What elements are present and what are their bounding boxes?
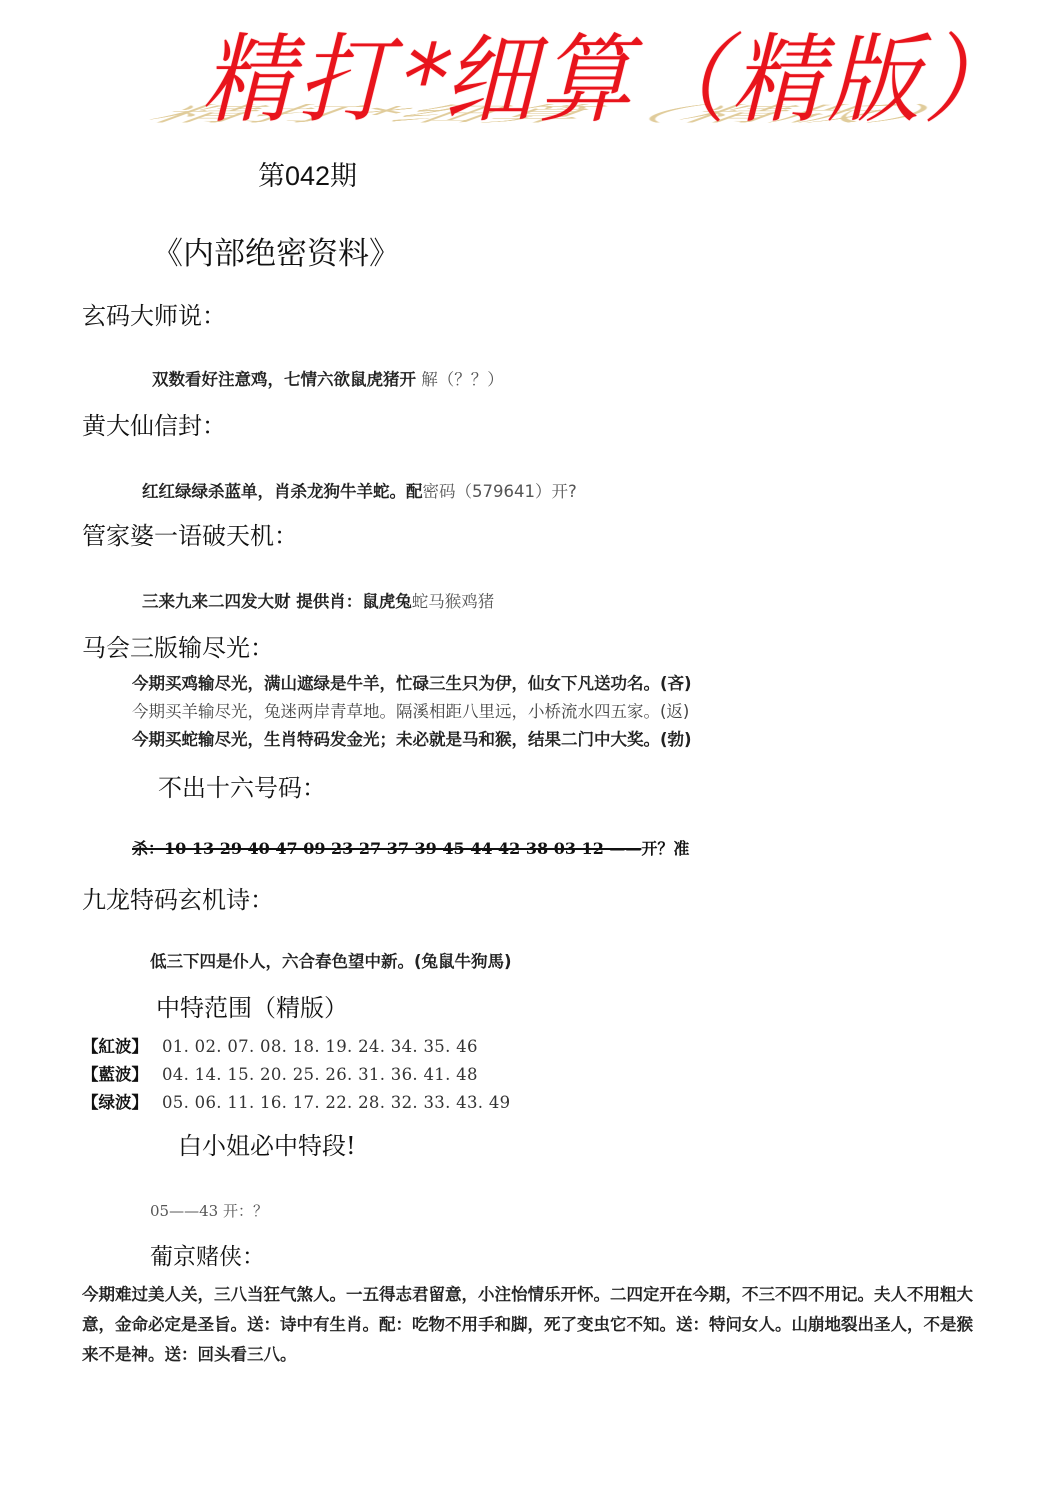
guanjiapo-line: 三来九来二四发大财 提供肖：鼠虎兔蛇马猴鸡猪 bbox=[142, 588, 494, 612]
mahui-line-2: 今期买羊输尽光，兔迷两岸青草地。隔溪相距八里远，小桥流水四五家。(返) bbox=[132, 698, 689, 722]
guanjiapo-text: 三来九来二四发大财 提供肖：鼠虎兔 bbox=[142, 592, 412, 611]
wave-numbers-blue: 04. 14. 15. 20. 25. 26. 31. 36. 41. 48 bbox=[162, 1065, 478, 1084]
guanjiapo-suffix: 蛇马猴鸡猪 bbox=[412, 592, 495, 611]
mahui-line-3: 今期买蛇输尽光，生肖特码发金光；未必就是马和猴，结果二门中大奖。(勃) bbox=[132, 726, 692, 750]
wave-label-blue: 【藍波】 bbox=[82, 1061, 162, 1085]
huangdaxian-line: 红红绿绿杀蓝单，肖杀龙狗牛羊蛇。配密码（579641）开? bbox=[142, 478, 577, 502]
wave-label-red: 【紅波】 bbox=[82, 1033, 162, 1057]
huangdaxian-heading: 黄大仙信封： bbox=[82, 406, 226, 441]
xuanma-suffix: 解（？？） bbox=[416, 370, 504, 389]
mahui-line-1: 今期买鸡输尽光，满山遮绿是牛羊，忙碌三生只为伊，仙女下凡送功名。(吝) bbox=[132, 670, 692, 694]
wave-label-green: 【绿波】 bbox=[82, 1089, 162, 1113]
zhongte-heading: 中特范围（精版） bbox=[156, 988, 348, 1023]
xuanma-text: 双数看好注意鸡，七情六欲鼠虎猪开 bbox=[152, 370, 416, 389]
jiulong-line: 低三下四是仆人，六合春色望中新。(兔鼠牛狗馬) bbox=[150, 948, 512, 972]
sixteen-numbers: 10 13 29 40 47 09 23 27 37 39 45 44 42 3… bbox=[164, 839, 641, 858]
guanjiapo-heading: 管家婆一语破天机： bbox=[82, 516, 298, 551]
wave-numbers-green: 05. 06. 11. 16. 17. 22. 28. 32. 33. 43. … bbox=[162, 1093, 510, 1112]
issue-number: 第042期 bbox=[258, 154, 357, 193]
huangdaxian-suffix: 密码（579641）开? bbox=[423, 482, 577, 501]
banner-title: 精打*细算（精版） 精打*细算（精版） bbox=[195, 28, 835, 148]
wave-numbers-red: 01. 02. 07. 08. 18. 19. 24. 34. 35. 46 bbox=[162, 1037, 478, 1056]
xuanma-line: 双数看好注意鸡，七情六欲鼠虎猪开 解（？？） bbox=[152, 366, 504, 390]
baixiaojie-heading: 白小姐必中特段! bbox=[178, 1126, 356, 1161]
sixteen-prefix: 杀： bbox=[132, 839, 164, 858]
wave-row-red: 【紅波】01. 02. 07. 08. 18. 19. 24. 34. 35. … bbox=[82, 1033, 478, 1057]
mahui-heading: 马会三版输尽光： bbox=[82, 628, 274, 663]
sixteen-suffix: 开？准 bbox=[641, 839, 689, 858]
pujing-paragraph: 今期难过美人关，三八当狂气煞人。一五得志君留意，小注怡情乐开怀。二四定开在今期，… bbox=[82, 1280, 982, 1370]
pujing-heading: 葡京赌侠： bbox=[150, 1238, 265, 1271]
sixteen-kill-line: 杀：10 13 29 40 47 09 23 27 37 39 45 44 42… bbox=[132, 836, 689, 859]
wave-row-blue: 【藍波】04. 14. 15. 20. 25. 26. 31. 36. 41. … bbox=[82, 1061, 478, 1085]
huangdaxian-text: 红红绿绿杀蓝单，肖杀龙狗牛羊蛇。配 bbox=[142, 482, 423, 501]
xuanma-heading: 玄码大师说： bbox=[82, 296, 226, 331]
jiulong-heading: 九龙特码玄机诗： bbox=[82, 880, 274, 915]
banner-title-text: 精打*细算（精版） bbox=[195, 23, 1042, 138]
sixteen-heading: 不出十六号码： bbox=[158, 768, 326, 803]
baixiaojie-line: 05——43 开：？ bbox=[150, 1200, 268, 1221]
secret-title: 《内部绝密资料》 bbox=[152, 228, 400, 273]
wave-row-green: 【绿波】05. 06. 11. 16. 17. 22. 28. 32. 33. … bbox=[82, 1089, 510, 1113]
